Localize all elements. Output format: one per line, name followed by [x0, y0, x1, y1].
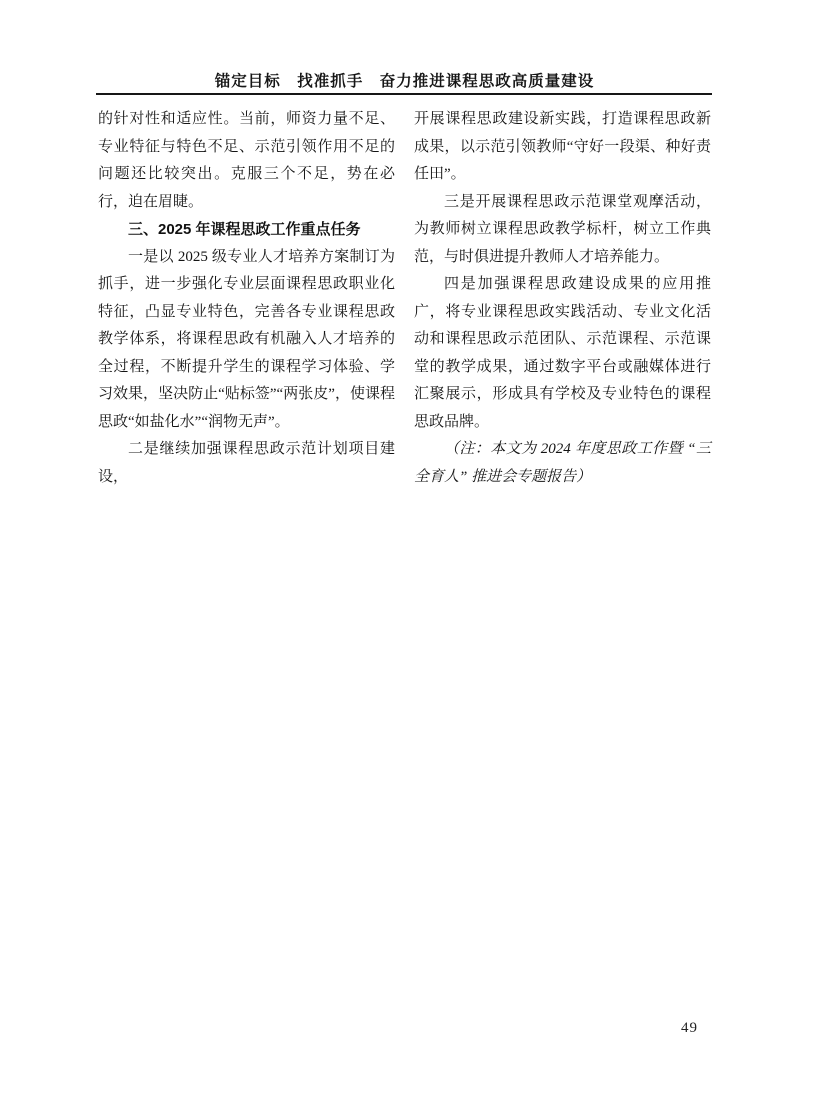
header-divider	[96, 93, 712, 95]
paragraph-task2-continuation: 开展课程思政建设新实践，打造课程思政新成果，以示范引领教师“守好一段渠、种好责任…	[414, 106, 711, 189]
two-column-body: 的针对性和适应性。当前，师资力量不足、专业特征与特色不足、示范引领作用不足的问题…	[98, 106, 711, 491]
section-heading: 三、2025 年课程思政工作重点任务	[98, 216, 395, 244]
right-column: 开展课程思政建设新实践，打造课程思政新成果，以示范引领教师“守好一段渠、种好责任…	[414, 106, 711, 491]
document-page: 锚定目标 找准抓手 奋力推进课程思政高质量建设 的针对性和适应性。当前，师资力量…	[0, 0, 816, 1119]
paragraph-continuation: 的针对性和适应性。当前，师资力量不足、专业特征与特色不足、示范引领作用不足的问题…	[98, 106, 395, 216]
paragraph-task3: 三是开展课程思政示范课堂观摩活动，为教师树立课程思政教学标杆，树立工作典范，与时…	[414, 189, 711, 272]
endnote: （注：本文为 2024 年度思政工作暨 “三全育人” 推进会专题报告）	[414, 436, 711, 491]
page-number: 49	[681, 1020, 698, 1037]
paragraph-task1: 一是以 2025 级专业人才培养方案制订为抓手，进一步强化专业层面课程思政职业化…	[98, 244, 395, 437]
paragraph-task4: 四是加强课程思政建设成果的应用推广，将专业课程思政实践活动、专业文化活动和课程思…	[414, 271, 711, 436]
left-column: 的针对性和适应性。当前，师资力量不足、专业特征与特色不足、示范引领作用不足的问题…	[98, 106, 395, 491]
paragraph-task2-start: 二是继续加强课程思政示范计划项目建设，	[98, 436, 395, 491]
page-header-title: 锚定目标 找准抓手 奋力推进课程思政高质量建设	[98, 69, 711, 91]
